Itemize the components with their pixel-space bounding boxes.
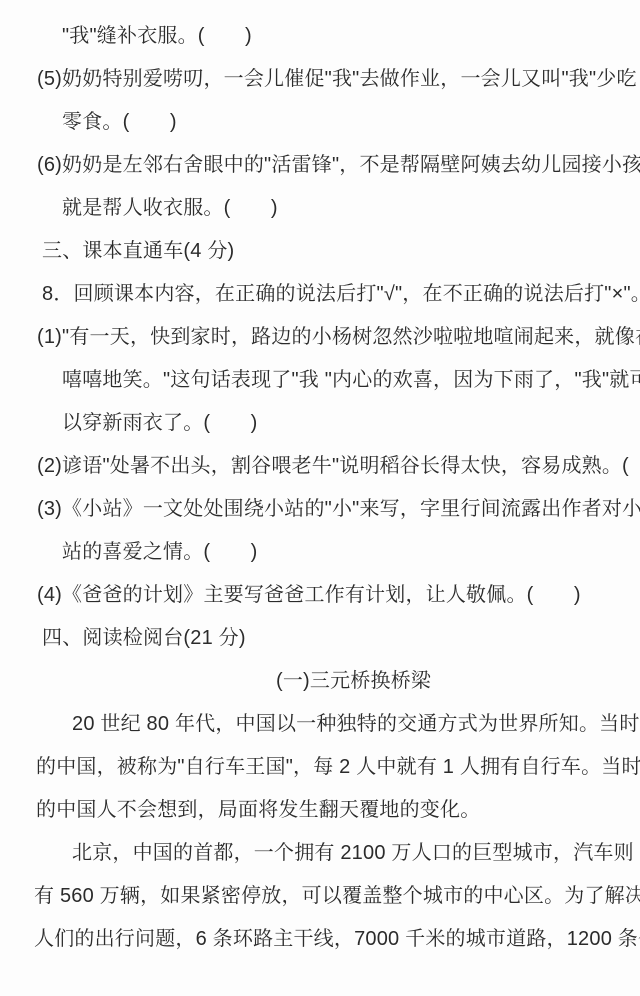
section-three-heading: 三、课本直通车(4 分): [0, 230, 640, 273]
q8-item4: (4)《爸爸的计划》主要写爸爸工作有计划，让人敬佩。( ): [0, 574, 640, 617]
question-8-stem: 8．回顾课本内容，在正确的说法后打"√"，在不正确的说法后打"×"。: [0, 273, 640, 316]
passage-para1-line2: 的中国，被称为"自行车王国"，每 2 人中就有 1 人拥有自行车。当时: [0, 746, 640, 789]
passage-para2-line3: 人们的出行问题，6 条环路主干线，7000 千米的城市道路，1200 条公: [0, 918, 640, 961]
passage-para1-line1: 20 世纪 80 年代，中国以一种独特的交通方式为世界所知。当时: [0, 703, 640, 746]
tf-item4-continuation: "我"缝补衣服。( ): [0, 15, 640, 58]
q8-item3-line2: 站的喜爱之情。( ): [0, 531, 640, 574]
tf-item6: (6)奶奶是左邻右舍眼中的"活雷锋"，不是帮隔壁阿姨去幼儿园接小孩，: [0, 144, 640, 187]
q8-item3-line1: (3)《小站》一文处处围绕小站的"小"来写，字里行间流露出作者对小: [0, 488, 640, 531]
tf-item5: (5)奶奶特别爱唠叨，一会儿催促"我"去做作业，一会儿又叫"我"少吃: [0, 58, 640, 101]
q8-item1-line3: 以穿新雨衣了。( ): [0, 402, 640, 445]
section-four-heading: 四、阅读检阅台(21 分): [0, 617, 640, 660]
tf-item6-continuation: 就是帮人收衣服。( ): [0, 187, 640, 230]
exam-page[interactable]: "我"缝补衣服。( ) (5)奶奶特别爱唠叨，一会儿催促"我"去做作业，一会儿又…: [0, 0, 640, 996]
passage-para2-line1: 北京，中国的首都，一个拥有 2100 万人口的巨型城市，汽车则: [0, 832, 640, 875]
q8-item2: (2)谚语"处暑不出头，割谷喂老牛"说明稻谷长得太快，容易成熟。( ): [0, 445, 640, 488]
q8-item1-line1: (1)"有一天，快到家时，路边的小杨树忽然沙啦啦地喧闹起来，就像在: [0, 316, 640, 359]
passage-para1-line3: 的中国人不会想到，局面将发生翻天覆地的变化。: [0, 789, 640, 832]
q8-item1-line2: 嘻嘻地笑。"这句话表现了"我 "内心的欢喜，因为下雨了，"我"就可: [0, 359, 640, 402]
passage-para2-line2: 有 560 万辆，如果紧密停放，可以覆盖整个城市的中心区。为了解决: [0, 875, 640, 918]
tf-item5-continuation: 零食。( ): [0, 101, 640, 144]
passage-title: (一)三元桥换桥梁: [0, 660, 640, 703]
